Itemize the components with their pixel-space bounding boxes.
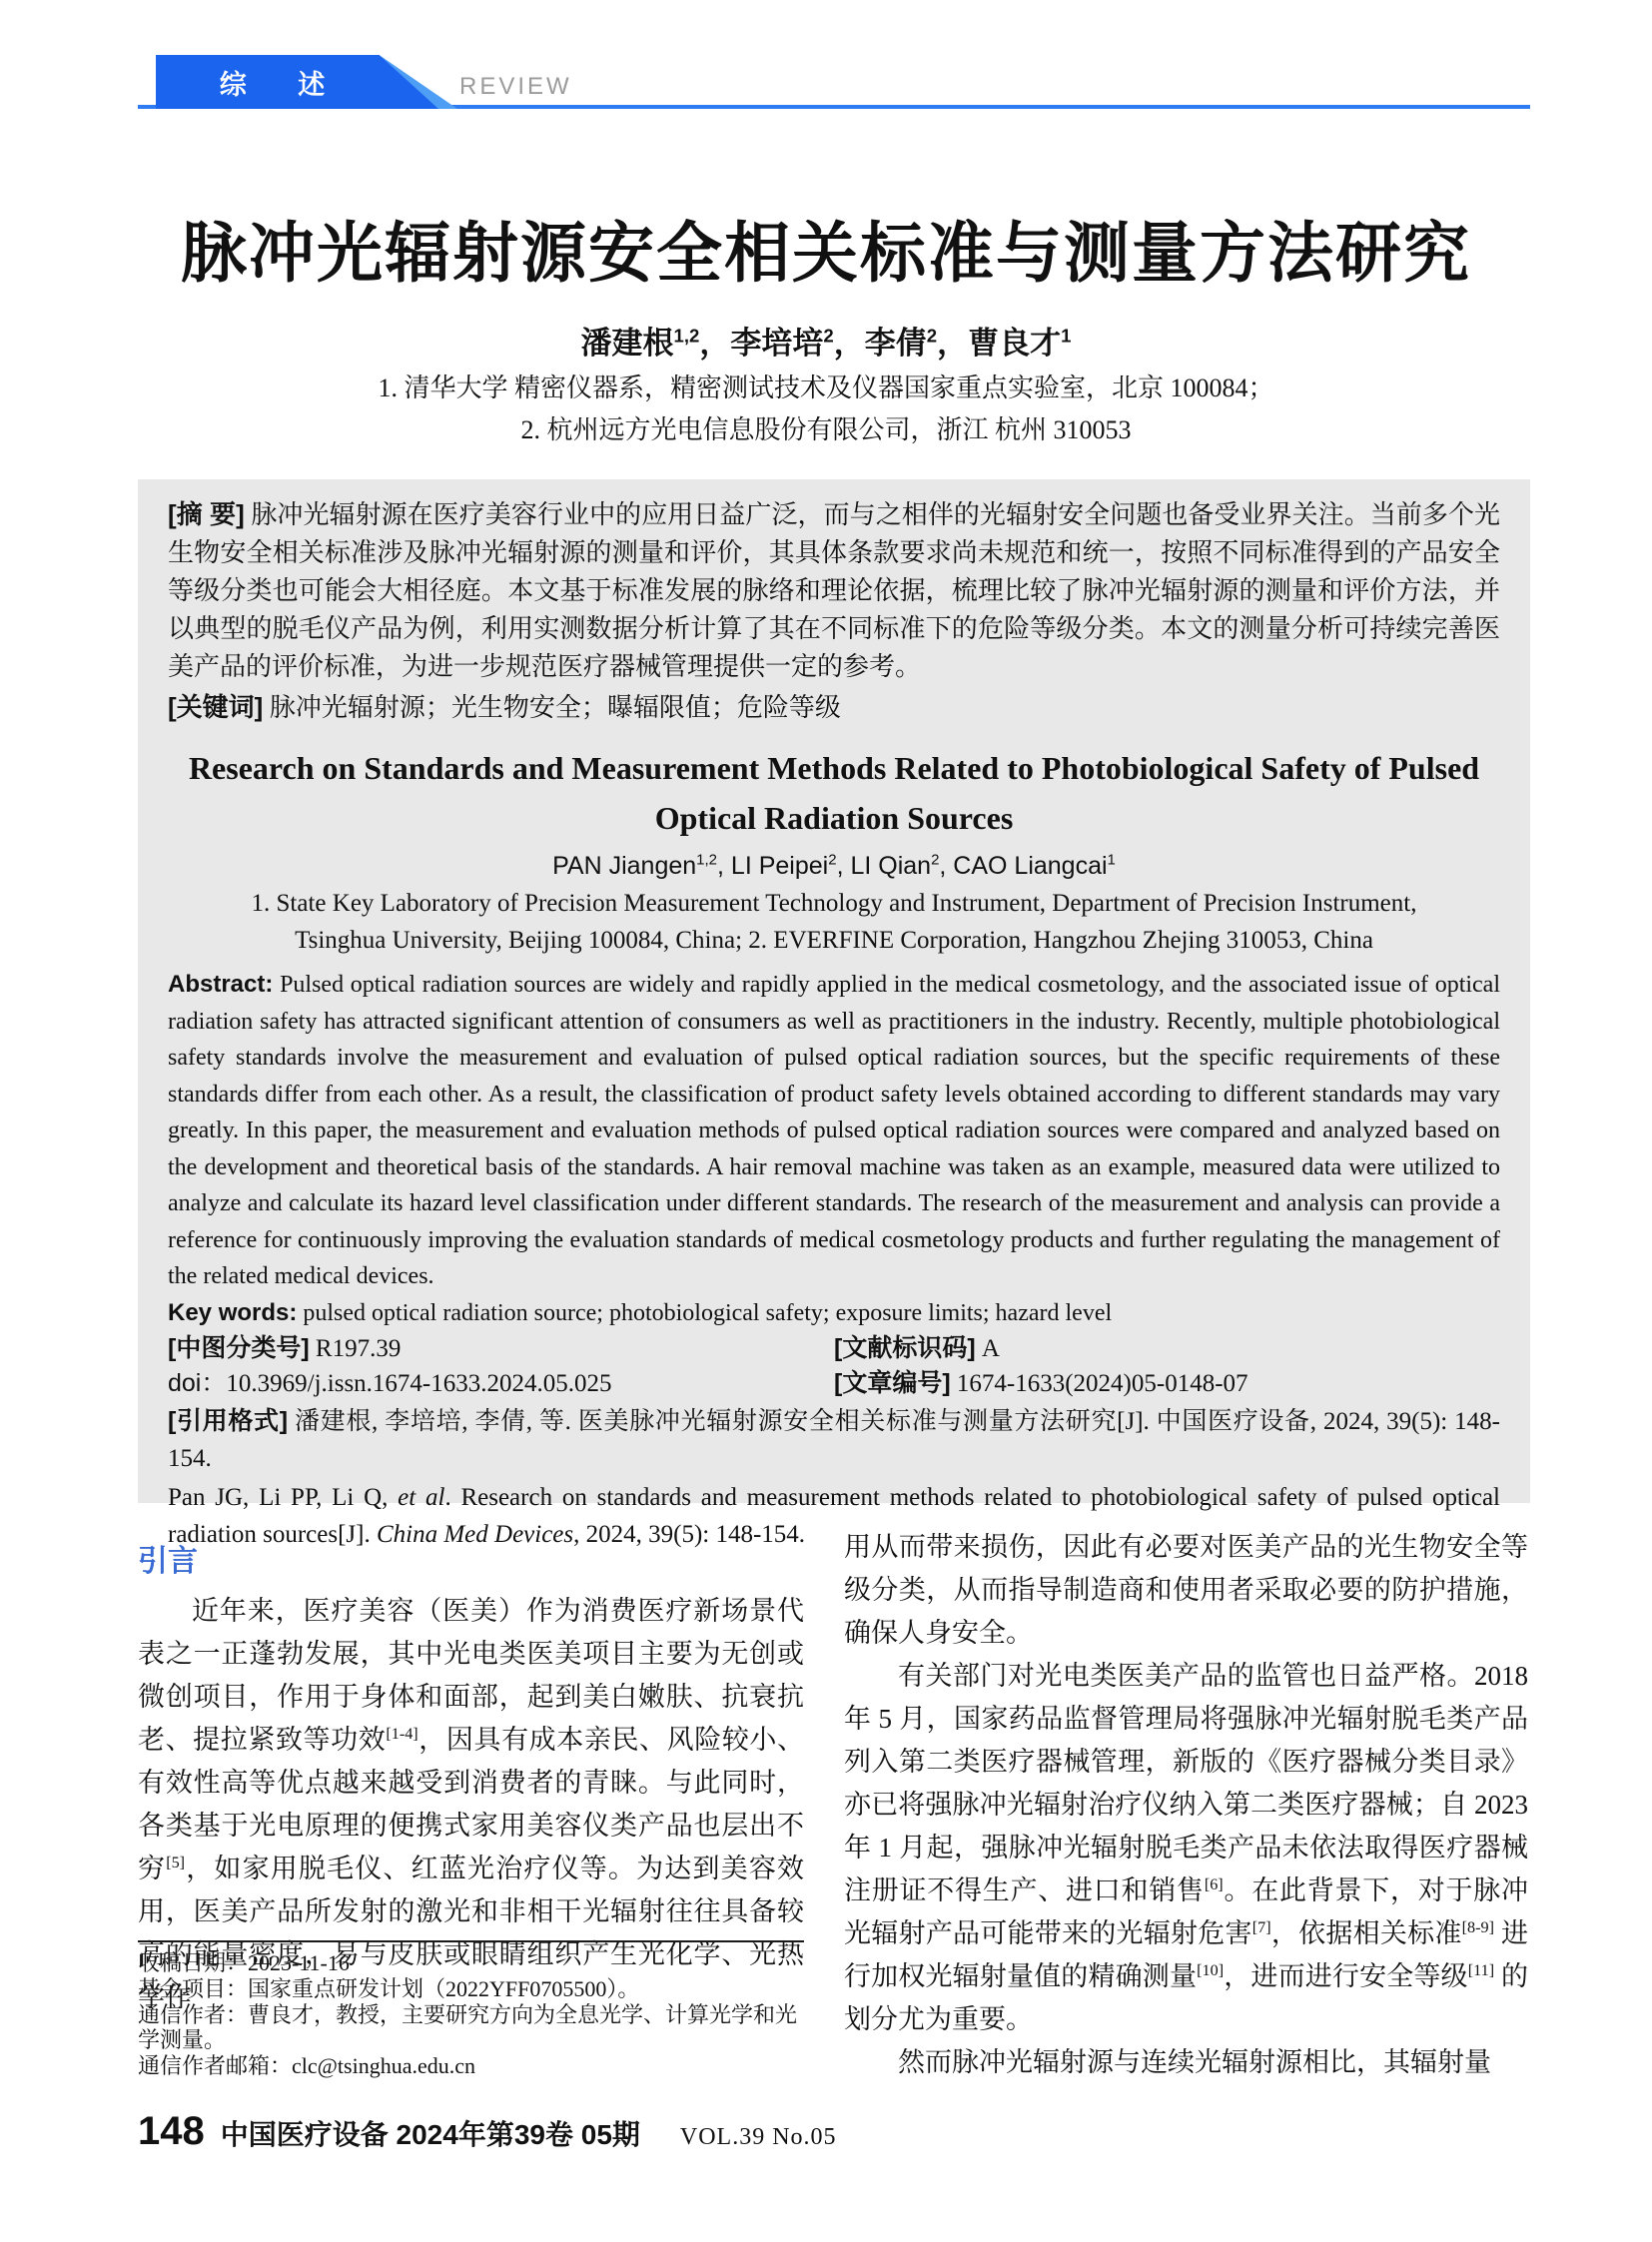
article-number-label: [文章编号] (834, 1369, 951, 1397)
abstract-en-text: Pulsed optical radiation sources are wid… (168, 972, 1500, 1289)
volume-number: VOL.39 No.05 (680, 2124, 837, 2151)
body-paragraph-right-1: 用从而带来损伤，因此有必要对医美产品的光生物安全等级分类，从而指导制造商和使用者… (844, 1526, 1528, 1655)
article-number: [文章编号] 1674-1633(2024)05-0148-07 (834, 1366, 1500, 1401)
article-title-cn: 脉冲光辐射源安全相关标准与测量方法研究 (0, 200, 1652, 295)
document-code-value: A (982, 1335, 1000, 1362)
authors-en: PAN Jiangen1,2, LI Peipei2, LI Qian2, CA… (168, 847, 1500, 885)
page-header: 综 述 REVIEW (138, 55, 1530, 109)
footnote-received-date: 收稿日期：2023-11-16 (138, 1950, 804, 1975)
section-title-introduction: 引言 (138, 1536, 804, 1580)
footnote-funding: 基金项目：国家重点研发计划（2022YFF0705500）。 (138, 1976, 804, 2001)
keywords-en-text: pulsed optical radiation source; photobi… (303, 1300, 1112, 1326)
keywords-cn-text: 脉冲光辐射源；光生物安全；曝辐限值；危险等级 (270, 693, 841, 722)
affiliation-en-1: 1. State Key Laboratory of Precision Mea… (168, 885, 1500, 922)
clc-value: R197.39 (316, 1335, 401, 1362)
citation-label: [引用格式] (168, 1407, 288, 1435)
article-number-value: 1674-1633(2024)05-0148-07 (957, 1370, 1248, 1397)
keywords-en: Key words: pulsed optical radiation sour… (168, 1295, 1500, 1331)
abstract-en: Abstract: Pulsed optical radiation sourc… (168, 967, 1500, 1295)
journal-name-cn: 中国医疗设备 2024年第39卷 05期 (221, 2113, 640, 2153)
footnote-corresponding-author: 通信作者：曹良才，教授，主要研究方向为全息光学、计算光学和光学测量。 (138, 2002, 804, 2052)
clc-number: [中图分类号] R197.39 (168, 1331, 834, 1366)
affiliation-cn-2: 2. 杭州远方光电信息股份有限公司，浙江 杭州 310053 (0, 409, 1652, 451)
abstract-box: [摘 要] 脉冲光辐射源在医疗美容行业中的应用日益广泛，而与之相伴的光辐射安全问… (138, 479, 1530, 1503)
abstract-cn-text: 脉冲光辐射源在医疗美容行业中的应用日益广泛，而与之相伴的光辐射安全问题也备受业界… (168, 500, 1500, 681)
doi-value: 10.3969/j.issn.1674-1633.2024.05.025 (226, 1370, 611, 1397)
article-title-en: Research on Standards and Measurement Me… (168, 743, 1500, 843)
journal-page: 综 述 REVIEW 脉冲光辐射源安全相关标准与测量方法研究 潘建根1,2，李培… (0, 0, 1652, 2242)
category-label-cn: 综 述 (198, 63, 398, 102)
abstract-cn-label: [摘 要] (168, 499, 245, 529)
footnote-block: 收稿日期：2023-11-16 基金项目：国家重点研发计划（2022YFF070… (138, 1940, 804, 2079)
document-code: [文献标识码] A (834, 1331, 1500, 1366)
affiliations-en: 1. State Key Laboratory of Precision Mea… (168, 885, 1500, 959)
body-paragraph-right-2: 有关部门对光电类医美产品的监管也日益严格。2018 年 5 月，国家药品监督管理… (844, 1655, 1528, 2041)
abstract-cn: [摘 要] 脉冲光辐射源在医疗美容行业中的应用日益广泛，而与之相伴的光辐射安全问… (168, 495, 1500, 686)
clc-label: [中图分类号] (168, 1334, 310, 1362)
meta-row-1: [中图分类号] R197.39 [文献标识码] A (168, 1331, 1500, 1366)
keywords-cn: [关键词] 脉冲光辐射源；光生物安全；曝辐限值；危险等级 (168, 688, 1500, 727)
footnote-corresponding-email: 通信作者邮箱：clc@tsinghua.edu.cn (138, 2053, 804, 2078)
affiliation-cn-1: 1. 清华大学 精密仪器系，精密测试技术及仪器国家重点实验室，北京 100084… (0, 368, 1652, 409)
banner-main-shape: 综 述 (156, 55, 438, 109)
keywords-en-label: Key words: (168, 1299, 297, 1326)
document-code-label: [文献标识码] (834, 1334, 976, 1362)
authors-cn: 潘建根1,2，李培培2，李倩2，曹良才1 (0, 318, 1652, 363)
body-paragraph-right-3: 然而脉冲光辐射源与连续光辐射源相比，其辐射量 (844, 2041, 1528, 2084)
body-column-right: 用从而带来损伤，因此有必要对医美产品的光生物安全等级分类，从而指导制造商和使用者… (844, 1526, 1528, 2084)
abstract-en-label: Abstract: (168, 971, 273, 998)
affiliation-en-2: Tsinghua University, Beijing 100084, Chi… (168, 922, 1500, 959)
doi: doi：10.3969/j.issn.1674-1633.2024.05.025 (168, 1366, 834, 1401)
category-banner: 综 述 (156, 55, 457, 109)
affiliations-cn: 1. 清华大学 精密仪器系，精密测试技术及仪器国家重点实验室，北京 100084… (0, 368, 1652, 451)
page-footer: 148 中国医疗设备 2024年第39卷 05期 VOL.39 No.05 (138, 2109, 1530, 2154)
meta-row-2: doi：10.3969/j.issn.1674-1633.2024.05.025… (168, 1366, 1500, 1401)
citation-cn-text: 潘建根, 李培培, 李倩, 等. 医美脉冲光辐射源安全相关标准与测量方法研究[J… (168, 1408, 1500, 1472)
category-label-en: REVIEW (459, 73, 572, 101)
doi-label: doi： (168, 1369, 226, 1397)
page-number: 148 (138, 2109, 205, 2154)
citation-cn: [引用格式] 潘建根, 李培培, 李倩, 等. 医美脉冲光辐射源安全相关标准与测… (168, 1403, 1500, 1477)
keywords-cn-label: [关键词] (168, 692, 263, 722)
